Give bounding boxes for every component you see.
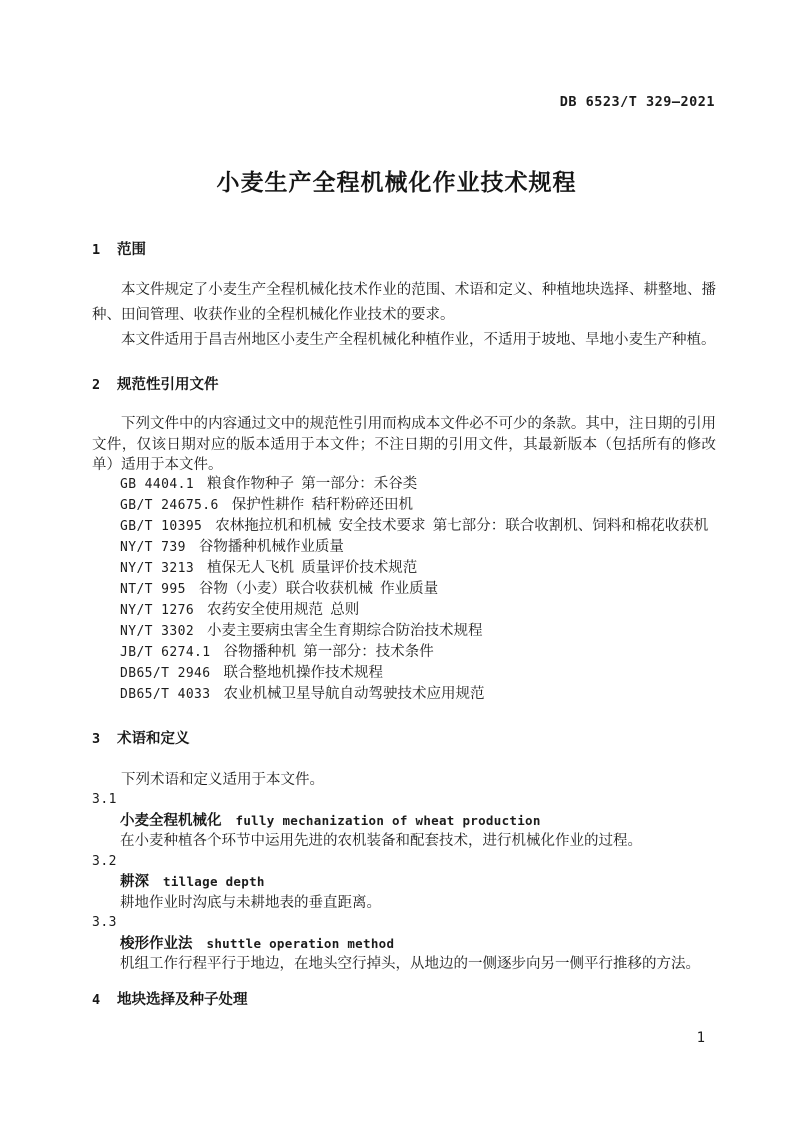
reference-title: 农药安全使用规范 总则: [207, 602, 359, 618]
reference-title: 小麦主要病虫害全生育期综合防治技术规程: [207, 623, 483, 639]
page-number: 1: [697, 1030, 705, 1046]
section-3-heading: 3术语和定义: [92, 727, 190, 748]
reference-item: NY/T 3302小麦主要病虫害全生育期综合防治技术规程: [120, 621, 716, 642]
reference-title: 植保无人飞机 质量评价技术规范: [207, 560, 417, 576]
reference-item: GB/T 10395农林拖拉机和机械 安全技术要求 第七部分：联合收割机、饲料和…: [120, 516, 716, 537]
reference-item: DB65/T 4033农业机械卫星导航自动驾驶技术应用规范: [120, 684, 716, 705]
term-number: 3.1: [92, 790, 716, 811]
reference-code: GB 4404.1: [120, 477, 194, 492]
terms-intro-paragraph: 下列术语和定义适用于本文件。: [92, 770, 716, 791]
term-number: 3.2: [92, 852, 716, 873]
reference-item: GB 4404.1粮食作物种子 第一部分：禾谷类: [120, 474, 716, 495]
reference-code: NT/T 995: [120, 582, 186, 597]
scope-paragraph-2: 本文件适用于昌吉州地区小麦生产全程机械化种植作业，不适用于坡地、旱地小麦生产种植…: [92, 328, 716, 353]
term-zh: 小麦全程机械化: [120, 813, 222, 829]
section-2-heading: 2规范性引用文件: [92, 373, 219, 394]
reference-code: DB65/T 2946: [120, 666, 211, 681]
section-3-title: 术语和定义: [117, 731, 190, 747]
reference-item: JB/T 6274.1谷物播种机 第一部分：技术条件: [120, 642, 716, 663]
section-2-number: 2: [92, 377, 117, 393]
reference-title: 保护性耕作 秸秆粉碎还田机: [232, 497, 413, 513]
document-page: DB 6523/T 329—2021 小麦生产全程机械化作业技术规程 1范围 本…: [0, 0, 793, 1122]
term-definition: 耕地作业时沟底与未耕地表的垂直距离。: [120, 893, 716, 914]
reference-title: 谷物播种机 第一部分：技术条件: [224, 644, 434, 660]
reference-item: NY/T 1276农药安全使用规范 总则: [120, 600, 716, 621]
term-definition: 机组工作行程平行于地边，在地头空行掉头，从地边的一侧逐步向另一侧平行推移的方法。: [120, 954, 716, 975]
term-name: 耕深tillage depth: [120, 872, 716, 893]
terms-intro: 下列术语和定义适用于本文件。: [92, 770, 716, 791]
reference-title: 谷物（小麦）联合收获机械 作业质量: [199, 581, 438, 597]
reference-code: NY/T 1276: [120, 603, 194, 618]
references-intro-paragraph: 下列文件中的内容通过文中的规范性引用而构成本文件必不可少的条款。其中，注日期的引…: [92, 414, 716, 476]
reference-item: DB65/T 2946联合整地机操作技术规程: [120, 663, 716, 684]
reference-title: 农林拖拉机和机械 安全技术要求 第七部分：联合收割机、饲料和棉花收获机: [215, 518, 708, 534]
term-en: tillage depth: [163, 874, 265, 889]
terms-list: 3.1 小麦全程机械化fully mechanization of wheat …: [92, 790, 716, 975]
reference-code: DB65/T 4033: [120, 687, 211, 702]
section-4-number: 4: [92, 992, 117, 1008]
term-definition: 在小麦种植各个环节中运用先进的农机装备和配套技术，进行机械化作业的过程。: [120, 831, 716, 852]
reference-code: NY/T 3213: [120, 561, 194, 576]
reference-title: 农业机械卫星导航自动驾驶技术应用规范: [224, 686, 485, 702]
section-1-title: 范围: [117, 242, 146, 258]
reference-item: NY/T 3213植保无人飞机 质量评价技术规范: [120, 558, 716, 579]
reference-item: NY/T 739谷物播种机械作业质量: [120, 537, 716, 558]
reference-code: NY/T 739: [120, 540, 186, 555]
term-zh: 耕深: [120, 874, 149, 890]
section-1-body: 本文件规定了小麦生产全程机械化技术作业的范围、术语和定义、种植地块选择、耕整地、…: [92, 278, 716, 353]
reference-item: GB/T 24675.6保护性耕作 秸秆粉碎还田机: [120, 495, 716, 516]
term-name: 梭形作业法shuttle operation method: [120, 934, 716, 955]
section-2-title: 规范性引用文件: [117, 377, 219, 393]
reference-code: JB/T 6274.1: [120, 645, 211, 660]
term-zh: 梭形作业法: [120, 936, 193, 952]
reference-code: GB/T 10395: [120, 519, 202, 534]
section-2-intro: 下列文件中的内容通过文中的规范性引用而构成本文件必不可少的条款。其中，注日期的引…: [92, 414, 716, 476]
reference-title: 粮食作物种子 第一部分：禾谷类: [207, 476, 417, 492]
standard-doc-number: DB 6523/T 329—2021: [560, 94, 715, 110]
reference-title: 谷物播种机械作业质量: [199, 539, 344, 555]
section-4-title: 地块选择及种子处理: [117, 992, 248, 1008]
term-en: fully mechanization of wheat production: [236, 813, 541, 828]
reference-code: NY/T 3302: [120, 624, 194, 639]
section-3-number: 3: [92, 731, 117, 747]
term-number: 3.3: [92, 913, 716, 934]
document-title: 小麦生产全程机械化作业技术规程: [0, 164, 793, 197]
term-name: 小麦全程机械化fully mechanization of wheat prod…: [120, 811, 716, 832]
reference-code: GB/T 24675.6: [120, 498, 219, 513]
section-1-heading: 1范围: [92, 238, 146, 259]
reference-item: NT/T 995谷物（小麦）联合收获机械 作业质量: [120, 579, 716, 600]
scope-paragraph-1: 本文件规定了小麦生产全程机械化技术作业的范围、术语和定义、种植地块选择、耕整地、…: [92, 278, 716, 328]
section-1-number: 1: [92, 242, 117, 258]
term-en: shuttle operation method: [207, 936, 395, 951]
reference-title: 联合整地机操作技术规程: [224, 665, 384, 681]
references-list: GB 4404.1粮食作物种子 第一部分：禾谷类 GB/T 24675.6保护性…: [92, 474, 716, 705]
section-4-heading: 4地块选择及种子处理: [92, 988, 248, 1009]
